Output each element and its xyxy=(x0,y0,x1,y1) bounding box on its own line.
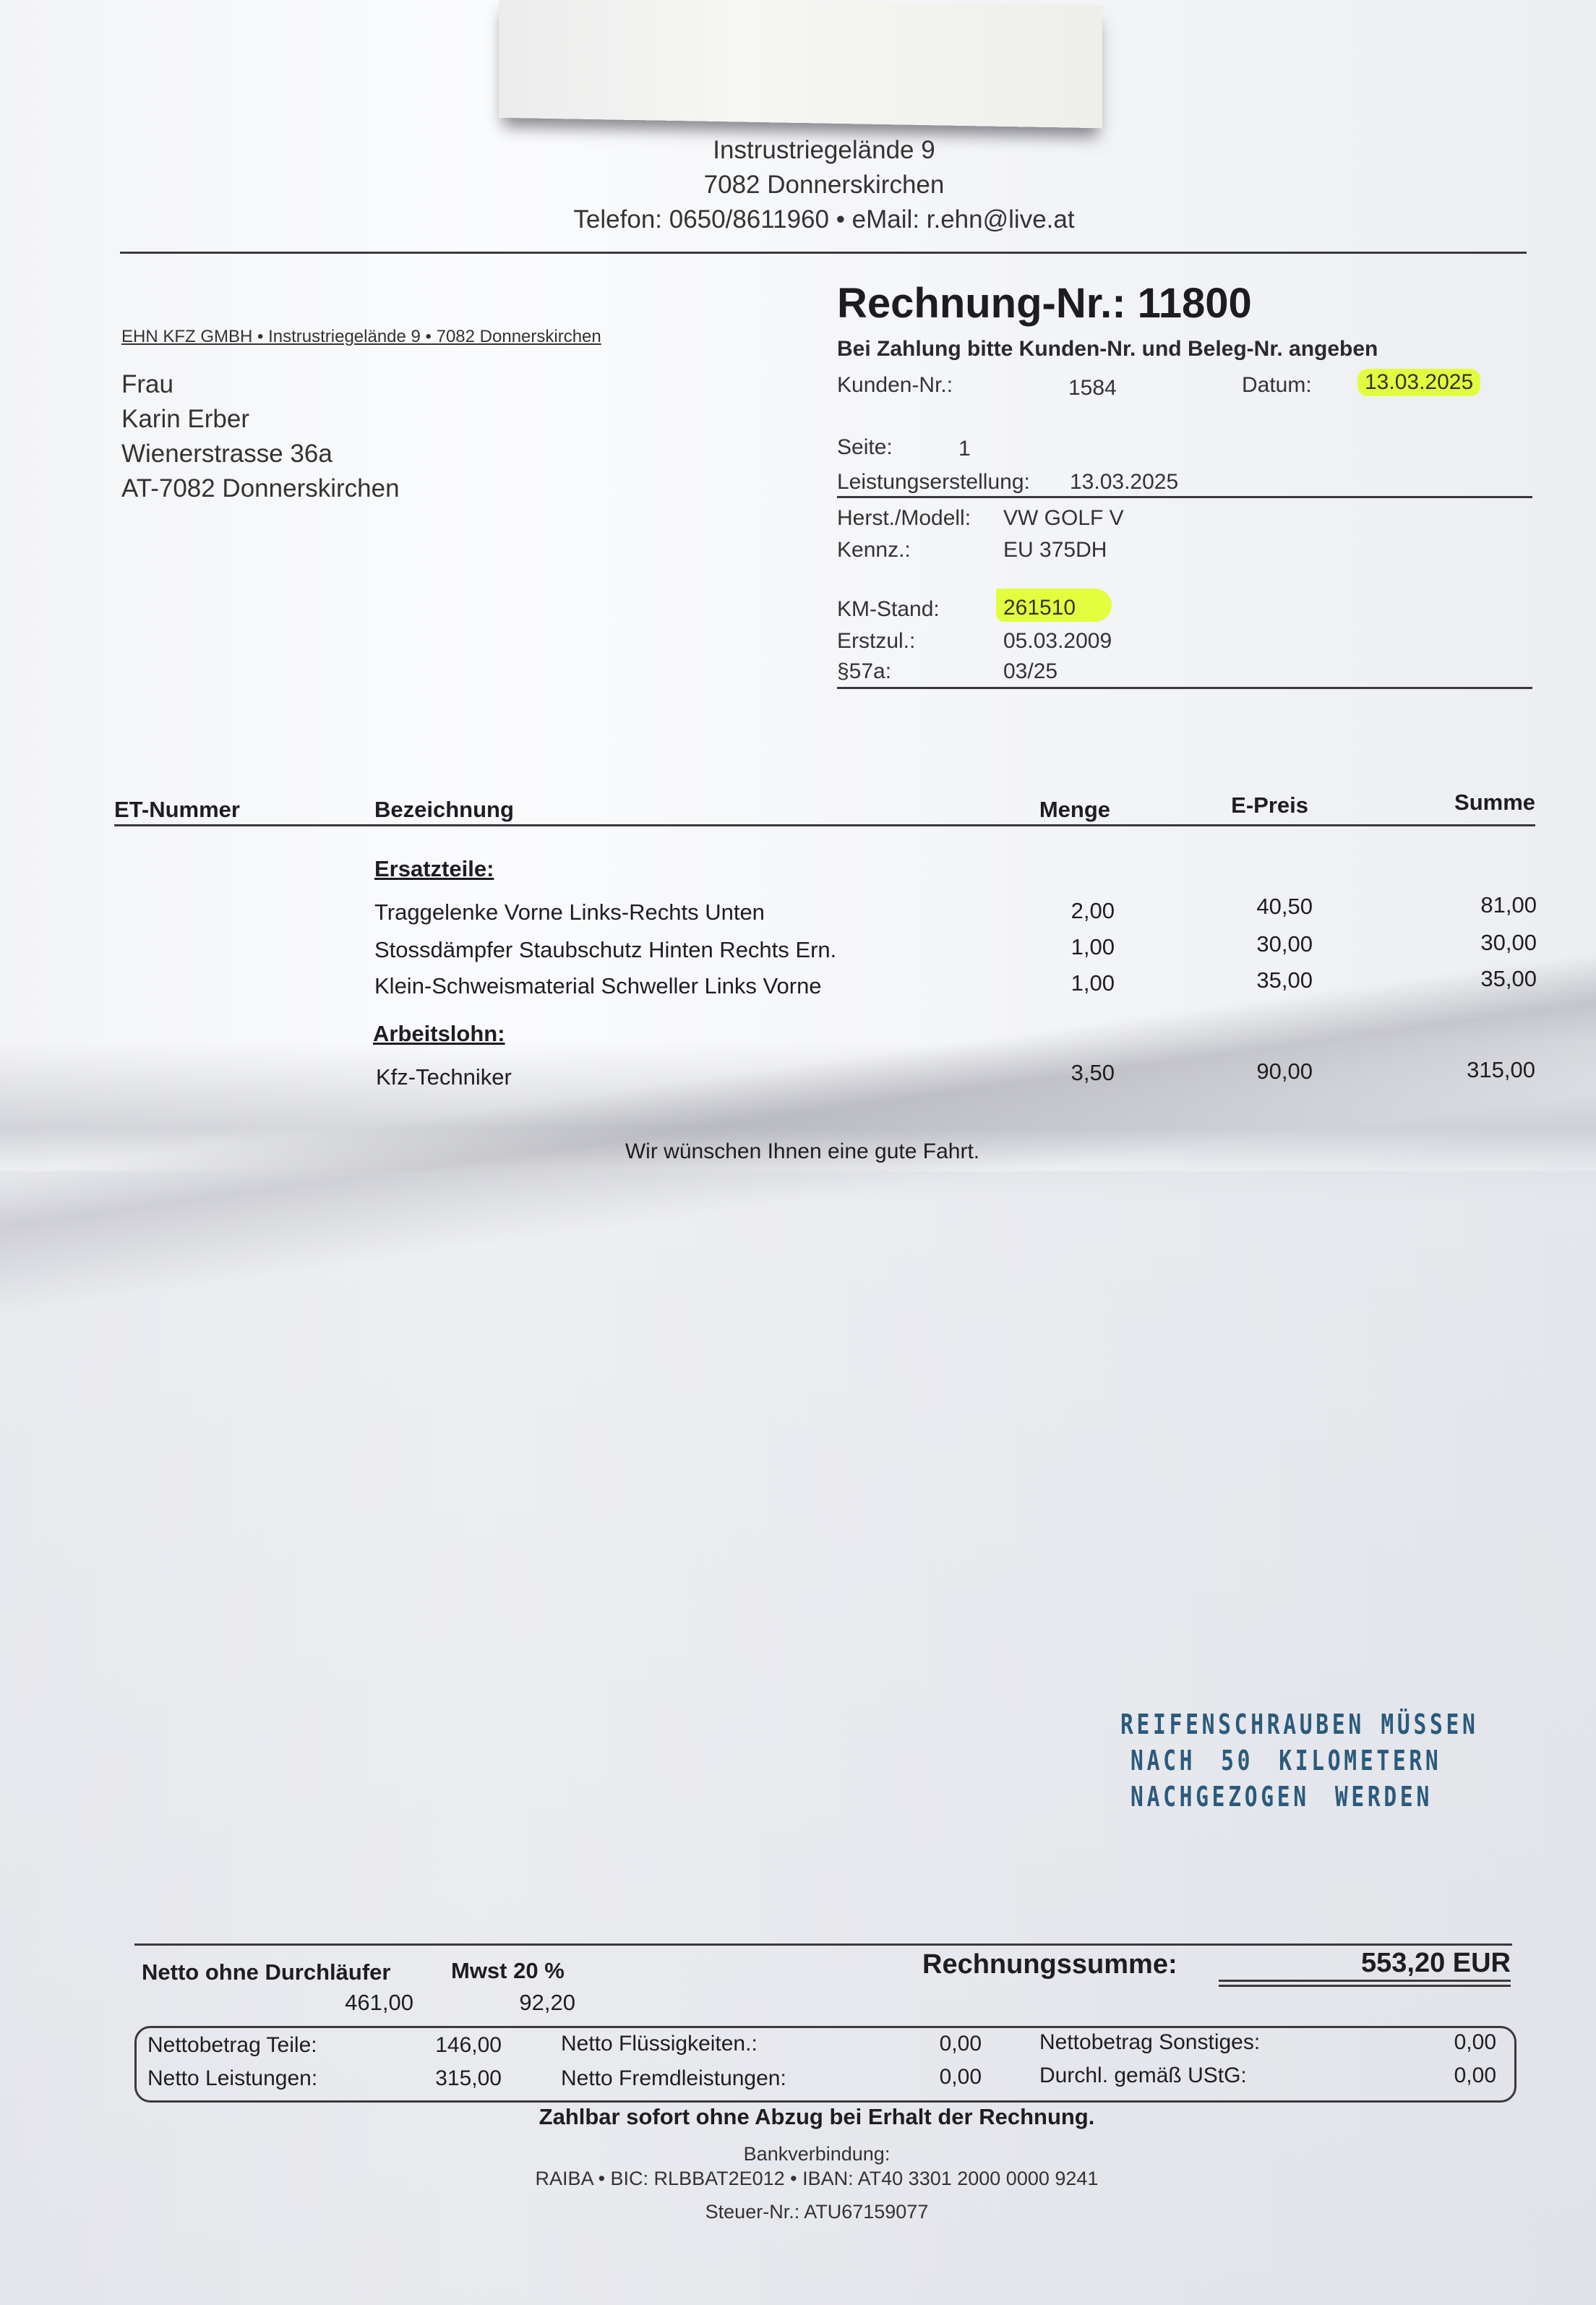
vat-label: Mwst 20 % xyxy=(451,1958,565,1984)
inspection-date: 03/25 xyxy=(1003,659,1057,684)
breakdown-label: Netto Flüssigkeiten.: xyxy=(561,2032,758,2056)
date-label: Datum: xyxy=(1242,373,1312,398)
col-sum: Summe xyxy=(1359,790,1535,816)
company-city: 7082 Donnerskirchen xyxy=(506,171,1142,200)
greeting: Wir wünschen Ihnen eine gute Fahrt. xyxy=(549,1139,1055,1164)
total-underline-1 xyxy=(1219,1980,1511,1982)
tax-number: Steuer-Nr.: ATU67159077 xyxy=(492,2201,1142,2223)
section-labor: Arbeitslohn: xyxy=(373,1021,505,1047)
row-quantity: 1,00 xyxy=(997,970,1115,996)
company-street: Instrustriegelände 9 xyxy=(506,136,1142,165)
first-reg: 05.03.2009 xyxy=(1003,629,1112,654)
row-sum: 35,00 xyxy=(1359,966,1537,992)
breakdown-label: Nettobetrag Teile: xyxy=(147,2033,317,2058)
vehicle-model: VW GOLF V xyxy=(1003,506,1124,531)
company-contact: Telefon: 0650/8611960 • eMail: r.ehn@liv… xyxy=(405,205,1243,234)
payment-terms: Zahlbar sofort ohne Abzug bei Erhalt der… xyxy=(419,2104,1214,2130)
row-sum: 30,00 xyxy=(1359,930,1537,956)
breakdown-value: 0,00 xyxy=(1373,2064,1496,2088)
invoice-title: Rechnung-Nr.: 11800 xyxy=(837,279,1252,328)
col-unit-price: E-Preis xyxy=(1171,792,1308,818)
vat-value: 92,20 xyxy=(463,1990,575,2016)
page-number: 1 xyxy=(958,437,971,461)
net-label: Netto ohne Durchläufer xyxy=(142,1959,390,1985)
header-divider xyxy=(120,252,1527,254)
row-description: Kfz-Techniker xyxy=(376,1064,512,1090)
stamp-line: NACH 50 KILOMETERN xyxy=(1120,1742,1479,1779)
row-sum: 315,00 xyxy=(1359,1057,1535,1083)
row-sum: 81,00 xyxy=(1359,892,1537,918)
km-value: 261510 xyxy=(996,589,1112,622)
breakdown-value: 0,00 xyxy=(867,2032,982,2056)
customer-no: 1584 xyxy=(1068,376,1117,401)
plate-label: Kennz.: xyxy=(837,538,911,563)
meta-divider xyxy=(837,496,1532,498)
row-description: Klein-Schweismaterial Schweller Links Vo… xyxy=(374,973,822,999)
row-quantity: 3,50 xyxy=(997,1060,1115,1086)
breakdown-box xyxy=(134,2026,1516,2103)
inspection-label: §57a: xyxy=(837,659,891,684)
row-description: Stossdämpfer Staubschutz Hinten Rechts E… xyxy=(374,937,836,963)
net-value: 461,00 xyxy=(286,1990,413,2016)
col-quantity: Menge xyxy=(997,797,1110,823)
vehicle-plate: EU 375DH xyxy=(1003,538,1107,563)
bank-label: Bankverbindung: xyxy=(492,2143,1142,2165)
tire-bolt-stamp: REIFENSCHRAUBEN MÜSSEN NACH 50 KILOMETER… xyxy=(1120,1706,1479,1815)
bank-details: RAIBA • BIC: RLBBAT2E012 • IBAN: AT40 33… xyxy=(419,2168,1214,2190)
sender-line: EHN KFZ GMBH • Instrustriegelände 9 • 70… xyxy=(121,327,601,347)
payment-note: Bei Zahlung bitte Kunden-Nr. und Beleg-N… xyxy=(837,337,1378,362)
stamp-line: REIFENSCHRAUBEN MÜSSEN xyxy=(1120,1706,1479,1742)
recipient-city: AT-7082 Donnerskirchen xyxy=(121,474,400,503)
total-underline-2 xyxy=(1219,1985,1511,1987)
row-unit-price: 90,00 xyxy=(1171,1059,1313,1085)
recipient-street: Wienerstrasse 36a xyxy=(121,440,332,469)
row-description: Traggelenke Vorne Links-Rechts Unten xyxy=(374,899,765,925)
totals-divider xyxy=(134,1943,1512,1946)
row-unit-price: 35,00 xyxy=(1171,967,1313,993)
breakdown-value: 0,00 xyxy=(867,2065,982,2090)
breakdown-label: Netto Fremdleistungen: xyxy=(561,2066,786,2091)
table-header-divider xyxy=(114,824,1535,826)
service-date: 13.03.2025 xyxy=(1070,470,1178,495)
col-description: Bezeichnung xyxy=(374,797,514,823)
row-quantity: 1,00 xyxy=(997,934,1115,960)
model-label: Herst./Modell: xyxy=(837,506,971,531)
customer-no-label: Kunden-Nr.: xyxy=(837,373,953,398)
row-unit-price: 30,00 xyxy=(1171,931,1313,957)
vehicle-divider xyxy=(837,687,1532,689)
breakdown-label: Nettobetrag Sonstiges: xyxy=(1039,2030,1260,2055)
breakdown-label: Durchl. gemäß UStG: xyxy=(1039,2064,1247,2088)
recipient-name: Karin Erber xyxy=(121,405,249,434)
recipient-salutation: Frau xyxy=(121,370,173,399)
row-quantity: 2,00 xyxy=(997,898,1115,924)
invoice-date: 13.03.2025 xyxy=(1357,369,1480,396)
breakdown-label: Netto Leistungen: xyxy=(147,2066,317,2091)
paper-crease xyxy=(0,1041,1596,1200)
sticky-note xyxy=(499,0,1102,128)
breakdown-value: 146,00 xyxy=(390,2033,502,2058)
service-date-label: Leistungserstellung: xyxy=(837,470,1030,495)
km-label: KM-Stand: xyxy=(837,597,940,622)
col-et-number: ET-Nummer xyxy=(114,797,240,823)
breakdown-value: 0,00 xyxy=(1373,2030,1496,2055)
section-parts: Ersatzteile: xyxy=(374,856,494,882)
stamp-line: NACHGEZOGEN WERDEN xyxy=(1120,1779,1479,1815)
page-label: Seite: xyxy=(837,435,893,460)
breakdown-value: 315,00 xyxy=(390,2066,502,2091)
total-value: 553,20 EUR xyxy=(1229,1948,1511,1979)
total-label: Rechnungssumme: xyxy=(922,1949,1177,1980)
row-unit-price: 40,50 xyxy=(1171,894,1313,920)
first-reg-label: Erstzul.: xyxy=(837,629,915,654)
